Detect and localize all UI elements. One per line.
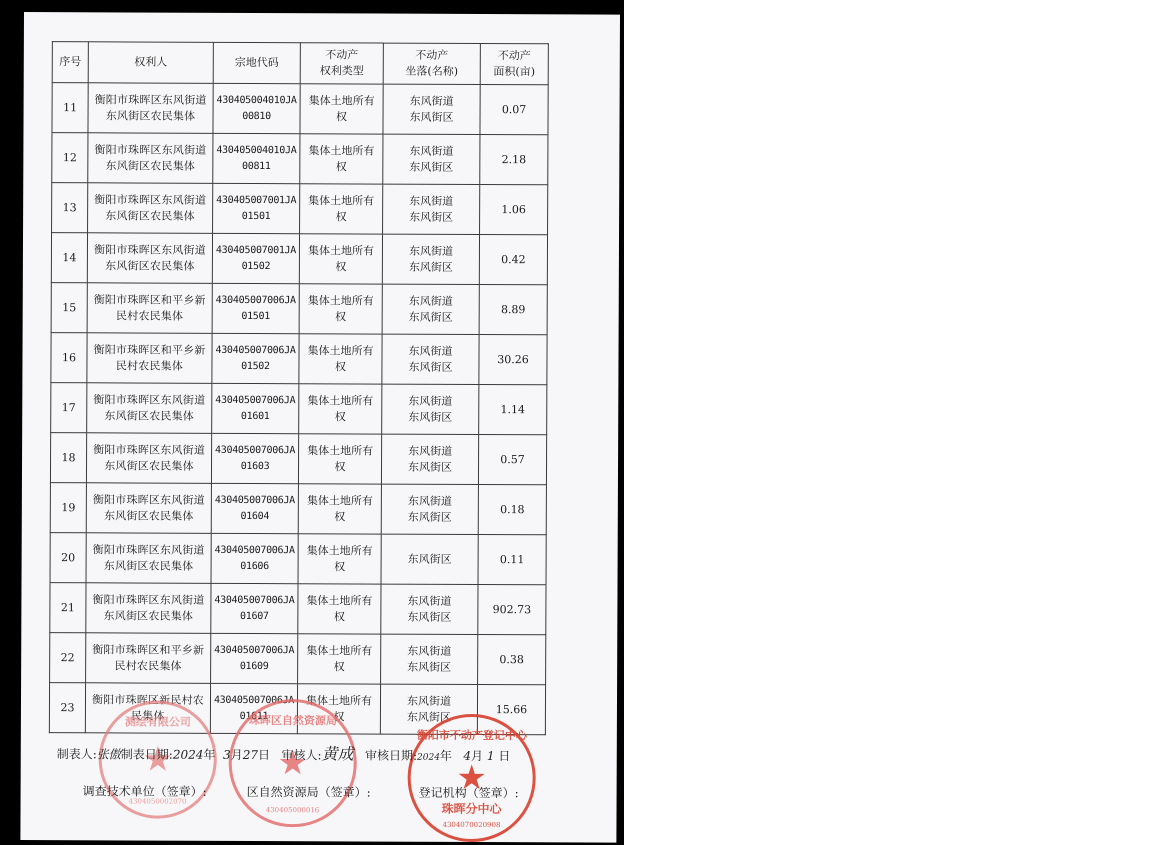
rights-type-line2: 权	[300, 259, 382, 275]
rights-holder-line1: 衡阳市珠晖区东风街道	[87, 392, 211, 409]
rights-type-line2: 权	[300, 309, 382, 325]
area: 8.89	[479, 284, 547, 334]
rights-holder-line2: 民村农民集体	[88, 308, 212, 325]
prep-year: 2024	[173, 748, 204, 762]
parcel-code-line2: 00810	[214, 108, 300, 124]
location-line1: 东风街道	[383, 193, 479, 209]
review-date-label: 审核日期:	[365, 748, 417, 762]
header-rights-type: 不动产 权利类型	[300, 43, 383, 84]
rights-holder-line1: 衡阳市珠晖区新民村农	[86, 692, 210, 709]
parcel-code-line2: 01609	[211, 658, 297, 674]
month-unit: 月	[471, 749, 483, 763]
rights-type-line2: 权	[298, 709, 380, 725]
rights-type-line2: 权	[299, 359, 381, 375]
rights-type: 集体土地所有权	[299, 284, 382, 334]
rights-holder: 衡阳市珠晖区和平乡新民村农民集体	[87, 283, 212, 334]
parcel-code-line2: 01502	[213, 258, 299, 274]
area: 0.11	[478, 534, 546, 584]
reviewer-signature: 黄成	[321, 744, 353, 763]
preparer-label: 制表人:	[57, 747, 97, 761]
parcel-code: 430405007006JA01607	[211, 583, 298, 633]
parcel-code: 430405007001JA01501	[213, 183, 300, 233]
rights-holder: 衡阳市珠晖区东风街道东风街区农民集体	[86, 583, 211, 634]
location-line1: 东风街道	[381, 643, 477, 659]
serial-no: 16	[51, 333, 87, 383]
location-line2: 东风街区	[381, 659, 477, 675]
parcel-code: 430405004010JA00810	[213, 83, 300, 133]
rights-type-line1: 集体土地所有	[298, 643, 380, 659]
parcel-code: 430405007006JA01601	[212, 383, 299, 433]
location: 东风街道东风街区	[380, 684, 477, 734]
rights-holder-line1: 衡阳市珠晖区和平乡新	[88, 292, 212, 309]
rights-type: 集体土地所有权	[300, 84, 383, 134]
survey-unit-signoff: 调查技术单位（签章）:	[83, 782, 207, 800]
rights-holder-line1: 衡阳市珠晖区东风街道	[88, 192, 212, 209]
rights-type-line1: 集体土地所有	[300, 143, 382, 159]
parcel-code-line2: 01606	[212, 558, 298, 574]
parcel-code-line1: 430405007006JA	[211, 642, 297, 658]
parcel-code-line1: 430405007006JA	[211, 592, 297, 608]
rights-type-line1: 集体土地所有	[301, 93, 383, 109]
rights-holder: 衡阳市珠晖区新民村农民集体	[85, 683, 210, 734]
signature-line: 制表人:张傲制表日期:2024年 3月27日 审核人:黄成 审核日期:2024年…	[57, 740, 511, 765]
location-line1: 东风街道	[381, 593, 477, 609]
table-row: 19衡阳市珠晖区东风街道东风街区农民集体430405007006JA01604集…	[50, 483, 546, 535]
serial-no: 17	[51, 383, 87, 433]
day-unit: 日	[498, 749, 510, 763]
location-line1: 东风街道	[382, 343, 478, 359]
header-parcel-code: 宗地代码	[213, 42, 300, 83]
table-row: 15衡阳市珠晖区和平乡新民村农民集体430405007006JA01501集体土…	[51, 283, 547, 335]
table-row: 20衡阳市珠晖区东风街道东风街区农民集体430405007006JA01606集…	[50, 533, 546, 585]
location-line2: 东风街区	[381, 609, 477, 625]
seal-code: 4304070020908	[410, 821, 532, 830]
header-location: 不动产 坐落(名称)	[383, 43, 480, 84]
rights-holder: 衡阳市珠晖区东风街道东风街区农民集体	[86, 433, 211, 484]
location-line2: 东风街区	[384, 109, 480, 125]
seal-code: 430405000016	[232, 806, 354, 815]
location-line1: 东风街道	[382, 393, 478, 409]
location-line2: 东风街区	[383, 209, 479, 225]
rights-type-line1: 集体土地所有	[299, 393, 381, 409]
rights-holder: 衡阳市珠晖区东风街道东风街区农民集体	[88, 133, 213, 184]
header-rights-holder: 权利人	[88, 42, 213, 84]
parcel-code: 430405007006JA01609	[211, 633, 298, 683]
rights-type: 集体土地所有权	[299, 384, 382, 434]
rights-type: 集体土地所有权	[297, 684, 380, 734]
rights-holder-line2: 民集体	[86, 708, 210, 725]
parcel-code-line1: 430405007006JA	[212, 342, 298, 358]
location: 东风街道东风街区	[381, 634, 478, 684]
parcel-code-line2: 01502	[212, 358, 298, 374]
rights-type-line1: 集体土地所有	[299, 543, 381, 559]
serial-no: 23	[49, 683, 85, 733]
parcel-code: 430405004010JA00811	[213, 133, 300, 183]
header-serial-no: 序号	[52, 42, 88, 83]
rights-holder-line2: 东风街区农民集体	[88, 258, 212, 275]
year-unit: 年	[203, 748, 215, 762]
parcel-code-line1: 430405004010JA	[214, 92, 300, 108]
rights-holder: 衡阳市珠晖区东风街道东风街区农民集体	[86, 483, 211, 534]
parcel-code-line2: 00811	[213, 158, 299, 174]
serial-no: 19	[50, 483, 86, 533]
location-line1: 东风街道	[384, 93, 480, 109]
table-row: 22衡阳市珠晖区和平乡新民村农民集体430405007006JA01609集体土…	[50, 633, 546, 685]
rights-type-line2: 权	[298, 609, 380, 625]
table-row: 23衡阳市珠晖区新民村农民集体430405007006JA01611集体土地所有…	[49, 683, 545, 735]
location: 东风街区	[381, 534, 478, 584]
parcel-code: 430405007006JA01501	[212, 283, 299, 333]
parcel-code: 430405007006JA01603	[211, 433, 298, 483]
area: 0.38	[478, 634, 546, 684]
rights-type: 集体土地所有权	[298, 584, 381, 634]
rights-holder: 衡阳市珠晖区东风街道东风街区农民集体	[86, 533, 211, 584]
rights-type-line2: 权	[299, 459, 381, 475]
rights-type-line1: 集体土地所有	[300, 193, 382, 209]
table-row: 11衡阳市珠晖区东风街道东风街区农民集体430405004010JA00810集…	[52, 83, 548, 135]
table-row: 16衡阳市珠晖区和平乡新民村农民集体430405007006JA01502集体土…	[51, 333, 547, 385]
parcel-code-line1: 430405007001JA	[213, 192, 299, 208]
parcel-code-line2: 01603	[212, 458, 298, 474]
rights-type-line2: 权	[300, 159, 382, 175]
location-line1: 东风街道	[381, 693, 477, 709]
rights-type: 集体土地所有权	[300, 184, 383, 234]
location: 东风街道东风街区	[383, 134, 480, 184]
parcel-code-line2: 01604	[212, 508, 298, 524]
area: 30.26	[479, 334, 547, 384]
location: 东风街道东风街区	[381, 434, 478, 484]
table-header-row: 序号 权利人 宗地代码 不动产 权利类型 不动产 坐落(名称) 不动产 面积(亩…	[52, 42, 548, 85]
rights-type-line2: 权	[299, 509, 381, 525]
rights-holder: 衡阳市珠晖区东风街道东风街区农民集体	[87, 383, 212, 434]
rights-holder-line2: 东风街区农民集体	[87, 408, 211, 425]
rights-type-line1: 集体土地所有	[300, 243, 382, 259]
location: 东风街道东风街区	[383, 84, 480, 134]
area: 902.73	[478, 584, 546, 634]
header-area: 不动产 面积(亩)	[480, 43, 548, 84]
serial-no: 20	[50, 533, 86, 583]
rights-holder-line2: 民村农民集体	[87, 358, 211, 375]
rights-type-line1: 集体土地所有	[299, 343, 381, 359]
registry-signoff: 登记机构（签章）:	[419, 784, 519, 801]
location-line2: 东风街区	[382, 359, 478, 375]
seal-subtext: 珠晖分中心	[410, 800, 532, 818]
location-line1: 东风街道	[382, 493, 478, 509]
area: 1.14	[479, 384, 547, 434]
location-line1: 东风街道	[383, 143, 479, 159]
parcel-code: 430405007006JA01611	[210, 683, 297, 733]
table-row: 14衡阳市珠晖区东风街道东风街区农民集体430405007001JA01502集…	[51, 233, 547, 285]
serial-no: 22	[50, 633, 86, 683]
location-line1: 东风街道	[383, 243, 479, 259]
rights-type-line1: 集体土地所有	[300, 293, 382, 309]
area: 0.57	[478, 434, 546, 484]
location-line1: 东风街道	[383, 293, 479, 309]
parcel-code-line1: 430405004010JA	[213, 142, 299, 158]
location-line2: 东风街区	[383, 159, 479, 175]
rights-type: 集体土地所有权	[299, 334, 382, 384]
parcel-code-line1: 430405007006JA	[211, 692, 297, 708]
serial-no: 14	[51, 233, 87, 283]
parcel-code-line1: 430405007001JA	[213, 242, 299, 258]
rights-holder: 衡阳市珠晖区东风街道东风街区农民集体	[88, 83, 213, 134]
month-unit: 月	[231, 748, 243, 762]
rights-holder-line1: 衡阳市珠晖区东风街道	[86, 592, 210, 609]
table-row: 13衡阳市珠晖区东风街道东风街区农民集体430405007001JA01501集…	[52, 183, 548, 235]
location: 东风街道东风街区	[382, 284, 479, 334]
location: 东风街道东风街区	[381, 584, 478, 634]
preparer-signature: 张傲	[97, 747, 121, 761]
parcel-code-line2: 01611	[211, 708, 297, 724]
area: 1.06	[480, 184, 548, 234]
rights-holder-line1: 衡阳市珠晖区东风街道	[88, 142, 212, 159]
parcel-code-line2: 01607	[211, 608, 297, 624]
location: 东风街道东风街区	[383, 184, 480, 234]
land-ownership-table: 序号 权利人 宗地代码 不动产 权利类型 不动产 坐落(名称) 不动产 面积(亩…	[49, 41, 549, 735]
table-row: 12衡阳市珠晖区东风街道东风街区农民集体430405004010JA00811集…	[52, 133, 548, 185]
rights-holder-line2: 东风街区农民集体	[89, 108, 213, 125]
location-line1: 东风街区	[382, 551, 478, 567]
location-line2: 东风街区	[383, 259, 479, 275]
rights-holder-line1: 衡阳市珠晖区东风街道	[87, 542, 211, 559]
prep-day: 27	[243, 748, 258, 762]
rights-holder-line2: 民村农民集体	[86, 658, 210, 675]
reviewer-label: 审核人:	[281, 748, 321, 762]
rights-type: 集体土地所有权	[298, 484, 381, 534]
rights-holder-line2: 东风街区农民集体	[87, 458, 211, 475]
parcel-code-line2: 01601	[212, 408, 298, 424]
parcel-code-line1: 430405007006JA	[212, 392, 298, 408]
rights-holder-line1: 衡阳市珠晖区东风街道	[89, 92, 213, 109]
rights-holder-line2: 东风街区农民集体	[87, 558, 211, 575]
area: 2.18	[480, 134, 548, 184]
location-line2: 东风街区	[382, 509, 478, 525]
rights-holder-line1: 衡阳市珠晖区和平乡新	[87, 342, 211, 359]
bureau-signoff: 区自然资源局（签章）:	[247, 783, 371, 801]
location-line2: 东风街区	[383, 309, 479, 325]
rights-holder: 衡阳市珠晖区和平乡新民村农民集体	[87, 333, 212, 384]
location: 东风街道东风街区	[382, 384, 479, 434]
rights-type: 集体土地所有权	[300, 134, 383, 184]
rights-type: 集体土地所有权	[299, 234, 382, 284]
parcel-code: 430405007006JA01606	[211, 533, 298, 583]
location-line2: 东风街区	[382, 459, 478, 475]
serial-no: 13	[52, 183, 88, 233]
serial-no: 21	[50, 583, 86, 633]
serial-no: 11	[52, 83, 88, 133]
parcel-code-line2: 01501	[213, 208, 299, 224]
table-row: 18衡阳市珠晖区东风街道东风街区农民集体430405007006JA01603集…	[50, 433, 546, 485]
area: 15.66	[477, 684, 545, 734]
rights-holder: 衡阳市珠晖区和平乡新民村农民集体	[86, 633, 211, 684]
rights-holder-line2: 东风街区农民集体	[86, 608, 210, 625]
table-row: 21衡阳市珠晖区东风街道东风街区农民集体430405007006JA01607集…	[50, 583, 546, 635]
review-year: 2024	[417, 753, 440, 763]
location: 东风街道东风街区	[381, 484, 478, 534]
rights-type-line1: 集体土地所有	[298, 693, 380, 709]
rights-holder-line1: 衡阳市珠晖区东风街道	[88, 242, 212, 259]
rights-type: 集体土地所有权	[298, 534, 381, 584]
parcel-code: 430405007001JA01502	[212, 233, 299, 283]
serial-no: 18	[50, 433, 86, 483]
rights-holder-line2: 东风街区农民集体	[87, 508, 211, 525]
rights-type: 集体土地所有权	[298, 634, 381, 684]
rights-type: 集体土地所有权	[298, 434, 381, 484]
parcel-code-line2: 01501	[213, 308, 299, 324]
serial-no: 12	[52, 133, 88, 183]
rights-holder: 衡阳市珠晖区东风街道东风街区农民集体	[87, 233, 212, 284]
rights-type-line2: 权	[300, 209, 382, 225]
serial-no: 15	[51, 283, 87, 333]
rights-type-line2: 权	[301, 109, 383, 125]
day-unit: 日	[258, 748, 270, 762]
parcel-code: 430405007006JA01502	[212, 333, 299, 383]
parcel-code: 430405007006JA01604	[211, 483, 298, 533]
rights-type-line1: 集体土地所有	[299, 493, 381, 509]
location: 东风街道东风街区	[382, 234, 479, 284]
table-row: 17衡阳市珠晖区东风街道东风街区农民集体430405007006JA01601集…	[51, 383, 547, 435]
parcel-code-line1: 430405007006JA	[212, 442, 298, 458]
scanned-page: 序号 权利人 宗地代码 不动产 权利类型 不动产 坐落(名称) 不动产 面积(亩…	[20, 12, 620, 843]
rights-holder-line1: 衡阳市珠晖区东风街道	[87, 492, 211, 509]
location-line2: 东风街区	[381, 709, 477, 725]
rights-type-line2: 权	[299, 559, 381, 575]
year-unit: 年	[440, 749, 452, 763]
rights-holder-line2: 东风街区农民集体	[88, 208, 212, 225]
prep-month: 3	[223, 748, 231, 762]
parcel-code-line1: 430405007006JA	[212, 492, 298, 508]
location-line2: 东风街区	[382, 409, 478, 425]
parcel-code-line1: 430405007006JA	[213, 292, 299, 308]
rights-type-line2: 权	[299, 409, 381, 425]
rights-holder-line1: 衡阳市珠晖区和平乡新	[86, 642, 210, 659]
rights-type-line2: 权	[298, 659, 380, 675]
area: 0.18	[478, 484, 546, 534]
location: 东风街道东风街区	[382, 334, 479, 384]
rights-holder-line2: 东风街区农民集体	[88, 158, 212, 175]
rights-type-line1: 集体土地所有	[298, 593, 380, 609]
rights-holder: 衡阳市珠晖区东风街道东风街区农民集体	[88, 183, 213, 234]
prep-date-label: 制表日期:	[121, 747, 173, 761]
area: 0.42	[479, 234, 547, 284]
area: 0.07	[480, 84, 548, 134]
rights-holder-line1: 衡阳市珠晖区东风街道	[87, 442, 211, 459]
location-line1: 东风街道	[382, 443, 478, 459]
rights-type-line1: 集体土地所有	[299, 443, 381, 459]
parcel-code-line1: 430405007006JA	[212, 542, 298, 558]
review-day: 1	[487, 749, 495, 763]
